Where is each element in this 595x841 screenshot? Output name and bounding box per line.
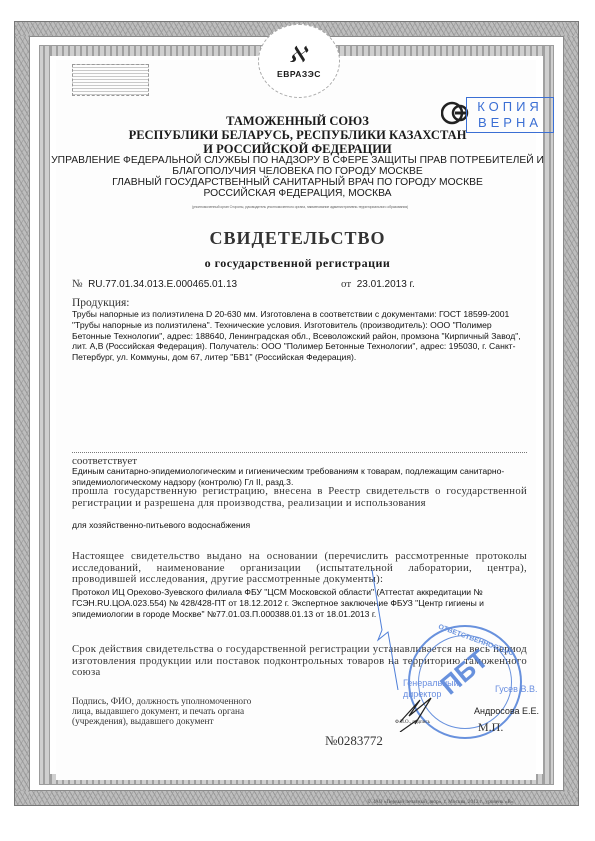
certificate-number: RU.77.01.34.013.Е.000465.01.13 — [88, 279, 237, 290]
conformity-label: соответствует — [72, 456, 527, 466]
union-title-line-1: ТАМОЖЕННЫЙ СОЮЗ — [0, 114, 595, 128]
fio-caption: Ф.И.О., подпись — [395, 720, 430, 725]
stamp-copy-line1: КОПИЯ — [467, 99, 553, 115]
product-section: Продукция: Трубы напорные из полиэтилена… — [72, 298, 527, 363]
union-title-line-2: РЕСПУБЛИКИ БЕЛАРУСЬ, РЕСПУБЛИКИ КАЗАХСТА… — [0, 128, 595, 142]
number-label: № — [72, 278, 83, 290]
signature-field-label: Подпись, ФИО, должность уполномоченного … — [72, 697, 252, 727]
document-subtitle: о государственной регистрации — [0, 256, 595, 271]
stamp-signature-stroke — [370, 570, 400, 690]
authority-line-4: РОССИЙСКАЯ ФЕДЕРАЦИЯ, МОСКВА — [0, 188, 595, 200]
seal-logo-text: ПБТ — [434, 644, 494, 702]
printer-footer-note: © ЗАО «Первый печатный двор», г. Москва,… — [367, 799, 514, 805]
security-hatch-pattern — [72, 64, 149, 96]
certificate-date: 23.01.2013 г. — [357, 279, 415, 290]
registration-purpose: для хозяйственно-питьевого водоснабжения — [72, 520, 527, 531]
basis-text: Настоящее свидетельство выдано на основа… — [72, 551, 527, 586]
registration-text: прошла государственную регистрацию, внес… — [72, 486, 527, 509]
product-description: Трубы напорные из полиэтилена D 20-630 м… — [72, 309, 527, 363]
signer-name: Андросова Е.Е. — [474, 706, 539, 716]
certificate-number-row: № RU.77.01.34.013.Е.000465.01.13 — [72, 278, 237, 290]
authority-caption: (уполномоченный орган Стороны, руководит… — [100, 205, 500, 209]
union-title-line-3: И РОССИЙСКОЙ ФЕДЕРАЦИИ — [0, 142, 595, 156]
handwritten-signature — [395, 692, 440, 732]
basis-documents: Протокол ИЦ Орехово-Зуевского филиала ФБ… — [72, 587, 527, 619]
document-title: СВИДЕТЕЛЬСТВО — [0, 228, 595, 249]
date-label: от — [341, 278, 351, 290]
logo-text: ЕВРАЗЭС — [277, 69, 321, 79]
product-label: Продукция: — [72, 298, 527, 309]
director-name: Гусев В.В. — [495, 684, 537, 694]
form-number: №0283772 — [325, 733, 383, 749]
conformity-section: соответствует Единым санитарно-эпидемиол… — [72, 456, 527, 488]
certificate-date-row: от 23.01.2013 г. — [341, 278, 415, 290]
stamp-place-label: М.П. — [478, 720, 503, 735]
eurasec-logo: ℵ ЕВРАЗЭС — [258, 24, 340, 98]
general-director-label-1: Генеральный — [403, 678, 459, 688]
eurasec-emblem-icon: ℵ — [287, 44, 311, 66]
